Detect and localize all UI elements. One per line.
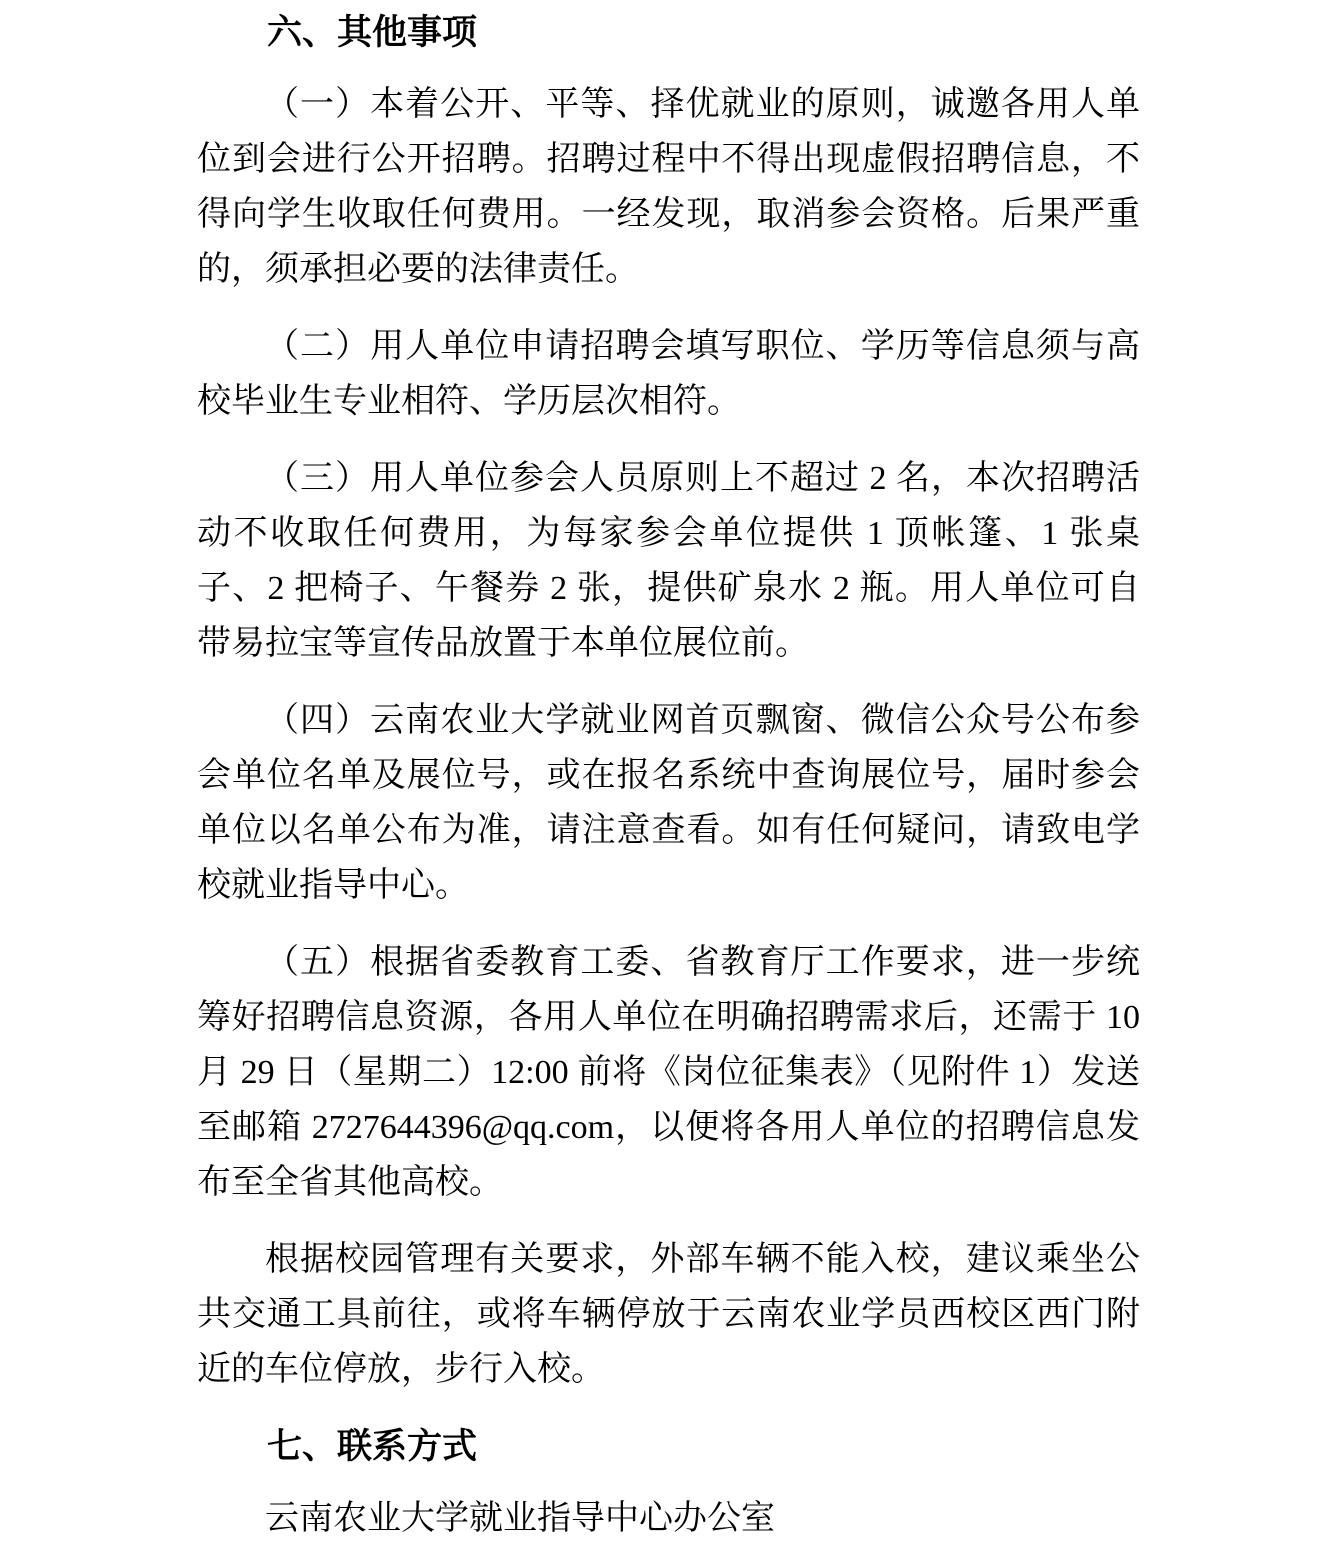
document-page: 六、其他事项（一）本着公开、平等、择优就业的原则，诚邀各用人单位到会进行公开招聘…	[0, 0, 1335, 1559]
paragraph: （二）用人单位申请招聘会填写职位、学历等信息须与高校毕业生专业相符、学历层次相符…	[197, 319, 1140, 429]
paragraph: 根据校园管理有关要求，外部车辆不能入校，建议乘坐公共交通工具前往，或将车辆停放于…	[197, 1232, 1140, 1397]
paragraph: （三）用人单位参会人员原则上不超过 2 名，本次招聘活动不收取任何费用，为每家参…	[197, 451, 1140, 671]
document-body: 六、其他事项（一）本着公开、平等、择优就业的原则，诚邀各用人单位到会进行公开招聘…	[197, 5, 1140, 1546]
paragraph: （一）本着公开、平等、择优就业的原则，诚邀各用人单位到会进行公开招聘。招聘过程中…	[197, 77, 1140, 297]
section-heading: 七、联系方式	[197, 1419, 1140, 1474]
section-heading: 六、其他事项	[197, 5, 1140, 60]
paragraph: （五）根据省委教育工委、省教育厅工作要求，进一步统筹好招聘信息资源，各用人单位在…	[197, 935, 1140, 1210]
paragraph: 云南农业大学就业指导中心办公室	[197, 1491, 1140, 1546]
paragraph: （四）云南农业大学就业网首页飘窗、微信公众号公布参会单位名单及展位号，或在报名系…	[197, 693, 1140, 913]
